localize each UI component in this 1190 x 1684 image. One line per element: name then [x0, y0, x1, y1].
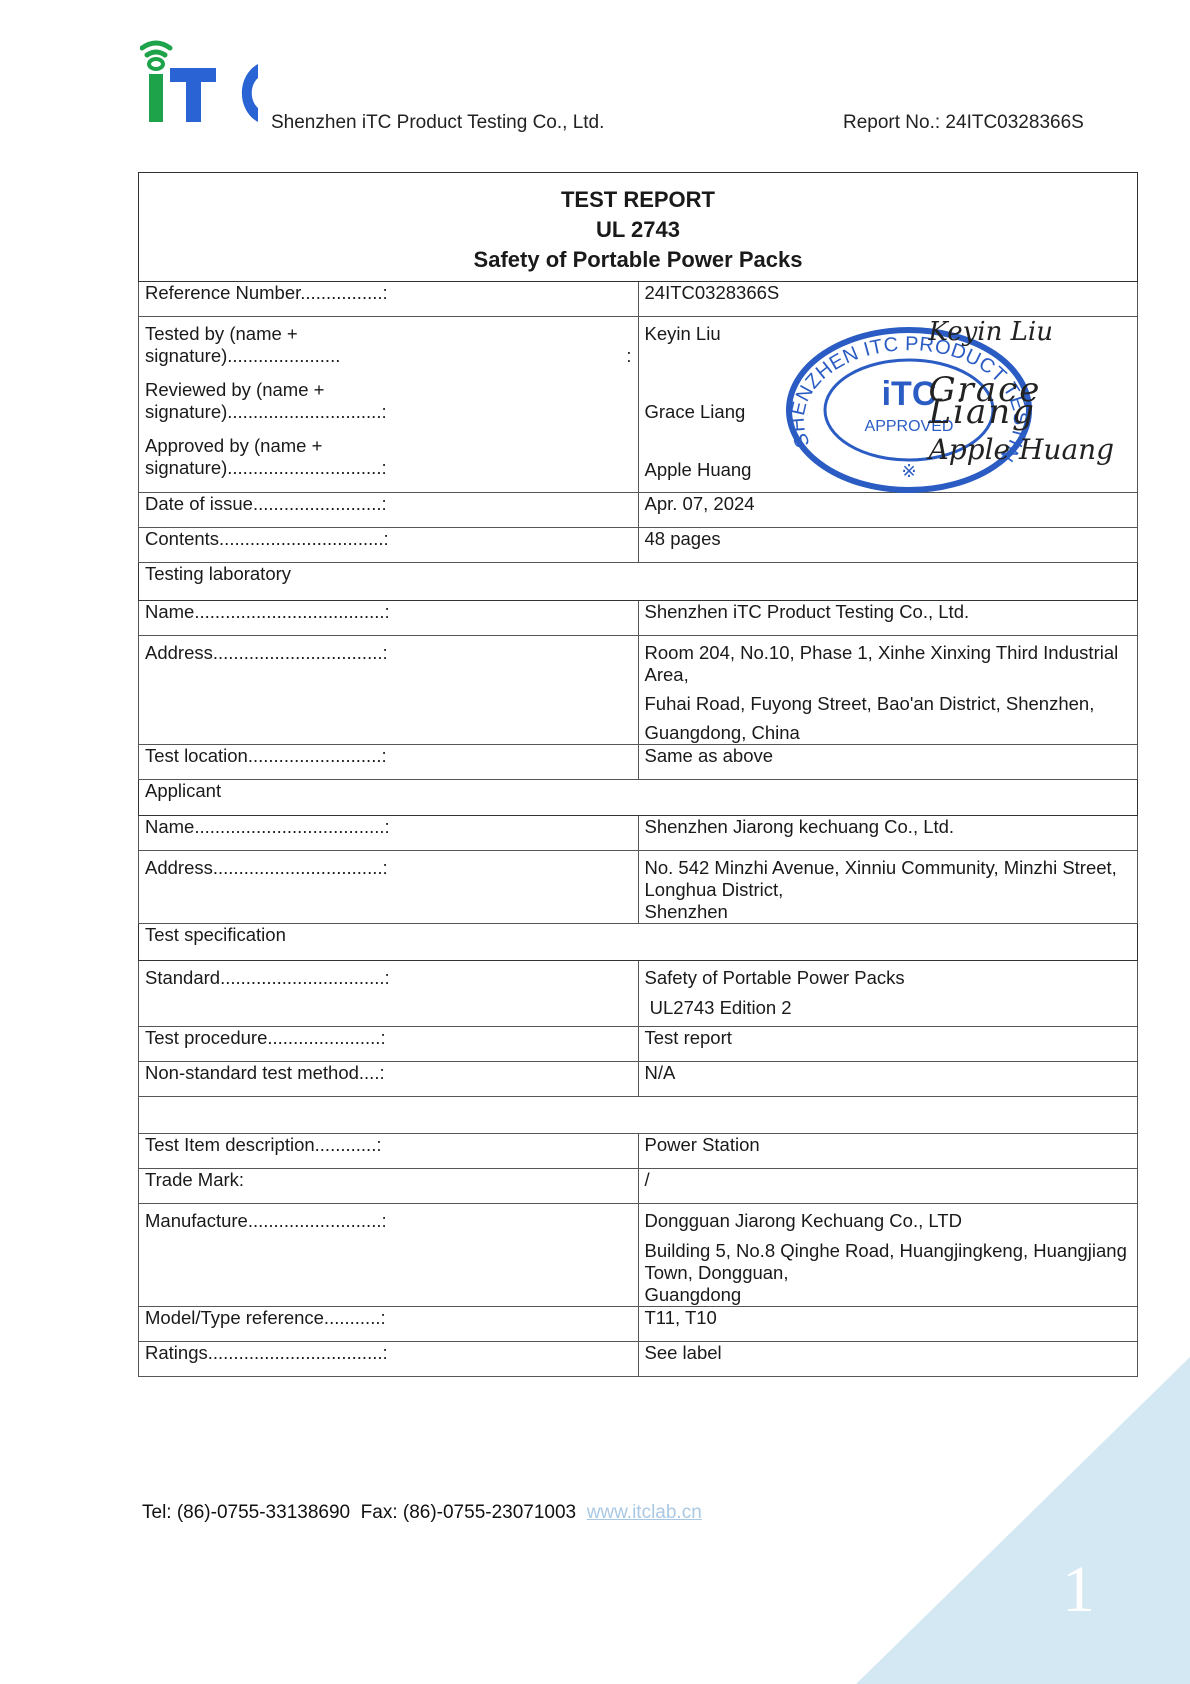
- applicant-name-value: Shenzhen Jiarong kechuang Co., Ltd.: [645, 816, 955, 837]
- lab-name-label: Name....................................…: [145, 601, 390, 622]
- table-row: Name....................................…: [139, 816, 1138, 851]
- standard-title: UL 2743: [145, 215, 1131, 245]
- table-row: Standard................................…: [139, 961, 1138, 1027]
- lab-name-value: Shenzhen iTC Product Testing Co., Ltd.: [645, 601, 970, 622]
- applicant-address-label: Address.................................…: [145, 857, 388, 878]
- report-number: Report No.: 24ITC0328366S: [843, 112, 1084, 134]
- reviewed-label-2: signature)..............................…: [145, 401, 632, 423]
- ratings-value: See label: [645, 1342, 722, 1363]
- manufacture-line: Dongguan Jiarong Kechuang Co., LTD: [645, 1210, 1132, 1232]
- date-label: Date of issue.........................:: [145, 493, 387, 514]
- lab-address-line: Room 204, No.10, Phase 1, Xinhe Xinxing …: [645, 642, 1132, 686]
- company-name: Shenzhen iTC Product Testing Co., Ltd.: [271, 112, 604, 134]
- item-desc-value: Power Station: [645, 1134, 760, 1155]
- contact-info: Tel: (86)-0755-33138690 Fax: (86)-0755-2…: [142, 1502, 587, 1523]
- stamp-star-icon: ※: [901, 461, 916, 482]
- section-row: Applicant: [139, 780, 1138, 816]
- table-row: Test procedure......................: Te…: [139, 1027, 1138, 1062]
- table-row: Contents................................…: [139, 528, 1138, 563]
- nonstandard-value: N/A: [645, 1062, 676, 1083]
- applicant-name-label: Name....................................…: [145, 816, 390, 837]
- applicant-address-line: No. 542 Minzhi Avenue, Xinniu Community,…: [645, 857, 1132, 901]
- table-row: Model/Type reference...........: T11, T1…: [139, 1307, 1138, 1342]
- approved-label-2: signature)..............................…: [145, 457, 632, 479]
- test-location-value: Same as above: [645, 745, 774, 766]
- title-row: TEST REPORT UL 2743 Safety of Portable P…: [139, 173, 1138, 282]
- approved-signature: Apple Huang: [929, 439, 1115, 461]
- table-row: Test Item description............: Power…: [139, 1134, 1138, 1169]
- table-row: Trade Mark: /: [139, 1169, 1138, 1204]
- test-location-label: Test location..........................:: [145, 745, 387, 766]
- tested-colon: :: [626, 345, 631, 367]
- manufacture-line: Guangdong: [645, 1284, 1132, 1306]
- table-row: Manufacture..........................: D…: [139, 1204, 1138, 1307]
- page-number: 1: [1062, 1552, 1095, 1628]
- reference-value: 24ITC0328366S: [645, 282, 780, 303]
- empty-row: [139, 1097, 1138, 1134]
- report-table: TEST REPORT UL 2743 Safety of Portable P…: [138, 172, 1138, 1377]
- table-row: Date of issue.........................: …: [139, 493, 1138, 528]
- lab-address-label: Address.................................…: [145, 642, 388, 663]
- testing-lab-heading: Testing laboratory: [145, 563, 291, 584]
- standard-label: Standard................................…: [145, 967, 390, 988]
- date-value: Apr. 07, 2024: [645, 493, 755, 514]
- wifi-signal-icon: [142, 43, 170, 55]
- reviewed-label-1: Reviewed by (name +: [145, 379, 632, 401]
- table-row: Test location..........................:…: [139, 745, 1138, 780]
- table-row: Reference Number................: 24ITC0…: [139, 282, 1138, 317]
- table-row: Address.................................…: [139, 851, 1138, 924]
- tested-label-2: signature)......................: [145, 345, 340, 366]
- nonstandard-label: Non-standard test method....:: [145, 1062, 385, 1083]
- standard-line: UL2743 Edition 2: [645, 997, 1132, 1019]
- tested-label-1: Tested by (name +: [145, 323, 632, 345]
- model-label: Model/Type reference...........:: [145, 1307, 386, 1328]
- table-row: Name....................................…: [139, 601, 1138, 636]
- table-row: Non-standard test method....: N/A: [139, 1062, 1138, 1097]
- lab-address-line: Guangdong, China: [645, 722, 1132, 744]
- applicant-heading: Applicant: [145, 780, 221, 801]
- test-spec-heading: Test specification: [145, 924, 286, 945]
- lab-address-line: Fuhai Road, Fuyong Street, Bao'an Distri…: [645, 693, 1132, 715]
- reviewed-signature: Grace Liang: [929, 379, 1138, 423]
- report-subtitle: Safety of Portable Power Packs: [145, 245, 1131, 275]
- item-desc-label: Test Item description............:: [145, 1134, 381, 1155]
- standard-line: Safety of Portable Power Packs: [645, 967, 1132, 989]
- manufacture-line: Building 5, No.8 Qinghe Road, Huangjingk…: [645, 1240, 1132, 1284]
- procedure-label: Test procedure......................:: [145, 1027, 386, 1048]
- ratings-label: Ratings.................................…: [145, 1342, 388, 1363]
- website-link[interactable]: www.itclab.cn: [587, 1502, 702, 1523]
- section-row: Testing laboratory: [139, 563, 1138, 601]
- procedure-value: Test report: [645, 1027, 732, 1048]
- applicant-address-line: Shenzhen: [645, 901, 1132, 923]
- tested-signature: Keyin Liu: [929, 321, 1053, 343]
- contents-value: 48 pages: [645, 528, 721, 549]
- report-title: TEST REPORT: [145, 185, 1131, 215]
- table-row: Address.................................…: [139, 636, 1138, 745]
- model-value: T11, T10: [645, 1307, 717, 1328]
- table-row: Tested by (name + signature)............…: [139, 317, 1138, 493]
- manufacture-label: Manufacture..........................:: [145, 1210, 387, 1231]
- itc-logo: [140, 38, 258, 124]
- contents-label: Contents................................…: [145, 528, 389, 549]
- table-row: Ratings.................................…: [139, 1342, 1138, 1377]
- reference-label: Reference Number................:: [145, 282, 388, 303]
- footer-contact: Tel: (86)-0755-33138690 Fax: (86)-0755-2…: [142, 1502, 702, 1524]
- trademark-value: /: [645, 1169, 650, 1190]
- approved-label-1: Approved by (name +: [145, 435, 632, 457]
- section-row: Test specification: [139, 924, 1138, 961]
- trademark-label: Trade Mark:: [145, 1169, 244, 1190]
